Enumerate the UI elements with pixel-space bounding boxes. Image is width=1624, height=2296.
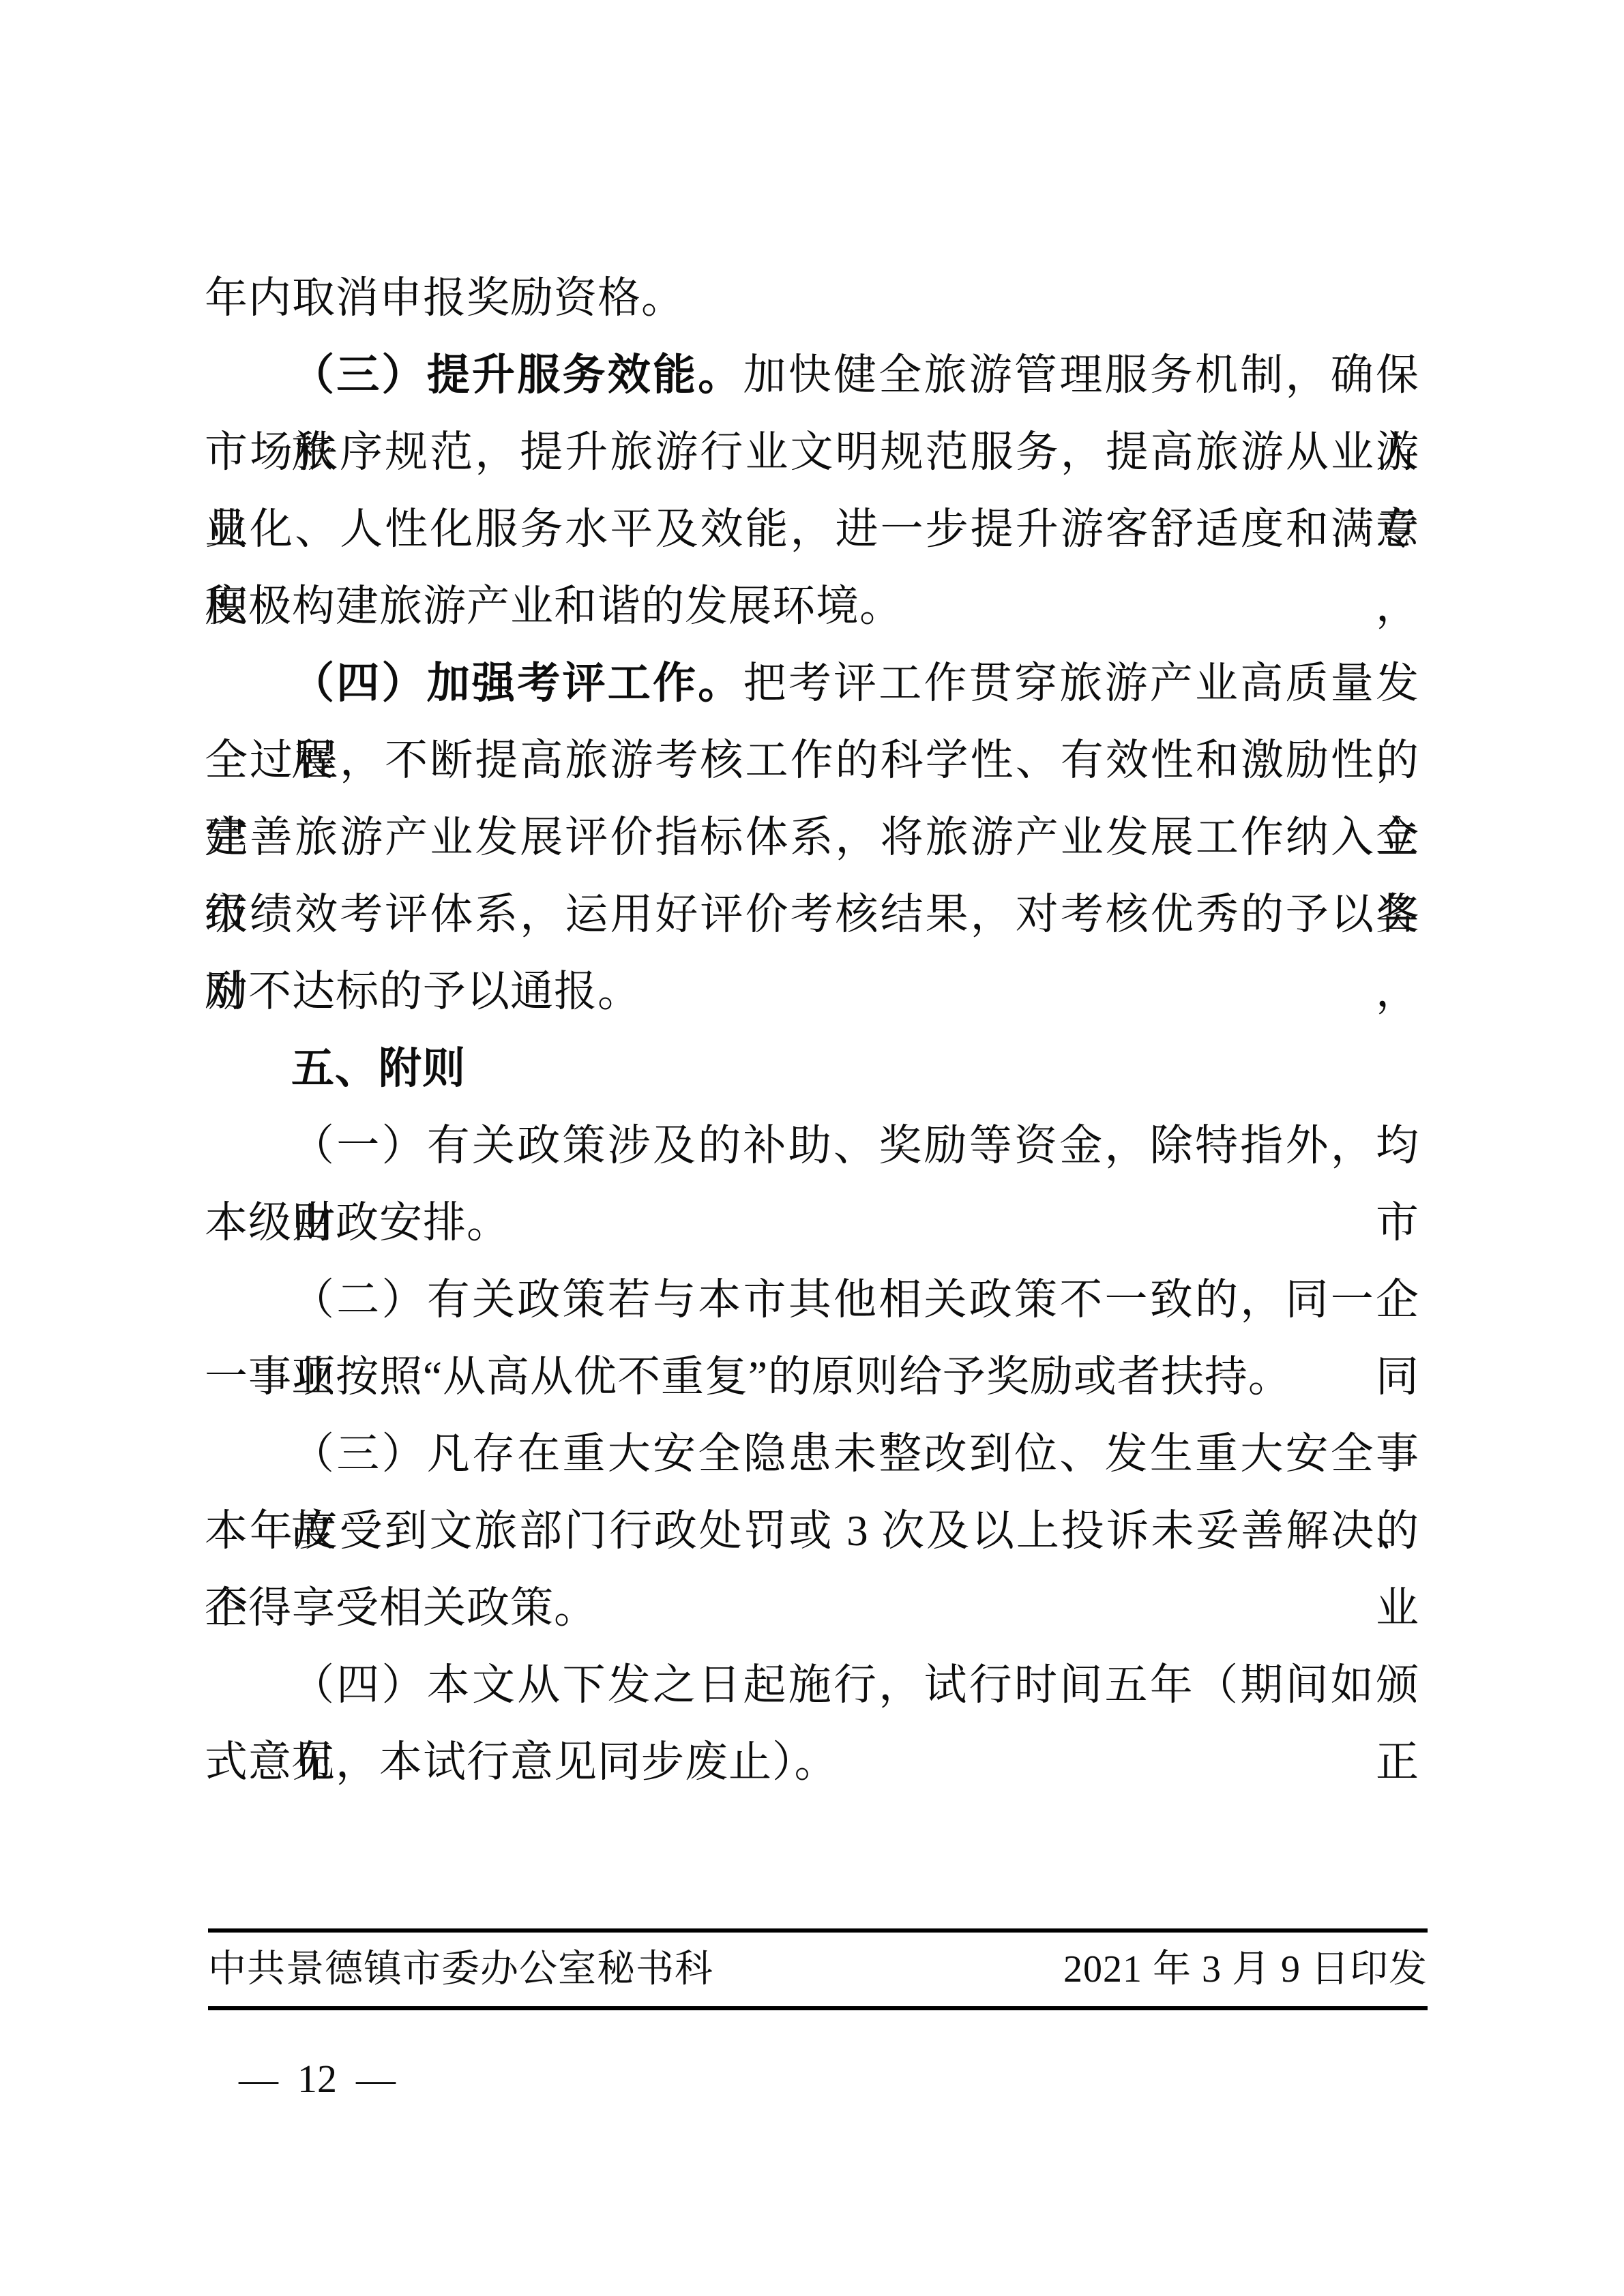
paragraph-lead: （三）提升服务效能。 [291,351,743,399]
body-line-text: 对不达标的予以通报。 [205,968,641,1015]
body-line-text: 式意见，本试行意见同步废止）。 [205,1738,838,1786]
body-line: 一事项按照“从高从优不重复”的原则给予奖励或者扶持。 [205,1339,1419,1416]
footer-rule-bottom [208,2006,1428,2010]
body-line: 本年度受到文旅部门行政处罚或 3 次及以上投诉未妥善解决的企业 [205,1493,1419,1570]
page-number-right-dash: — [356,2056,396,2102]
body-line: 完善旅游产业发展评价指标体系，将旅游产业发展工作纳入全市各 [205,799,1419,876]
section-heading: 五、附则 [291,1045,466,1092]
body-line-text: 不得享受相关政策。 [205,1584,597,1632]
page-number-value: 12 [297,2056,337,2102]
body-line-text: 本级财政安排。 [205,1199,510,1247]
body-line: 级绩效考评体系，运用好评价考核结果，对考核优秀的予以奖励， [205,876,1419,953]
footer-print-date: 2021 年 3 月 9 日印发 [1063,1933,1428,2006]
page-number-left-dash: — [239,2056,278,2102]
document-body: 年内取消申报奖励资格。 （三）提升服务效能。加快健全旅游管理服务机制，确保旅游 … [205,260,1419,1801]
body-line-text: 一事项按照“从高从优不重复”的原则给予奖励或者扶持。 [205,1353,1292,1401]
document-page: 年内取消申报奖励资格。 （三）提升服务效能。加快健全旅游管理服务机制，确保旅游 … [0,0,1624,2296]
body-line: （一）有关政策涉及的补助、奖励等资金，除特指外，均由市 [205,1107,1419,1184]
page-number: — 12 — [239,2053,396,2104]
body-line: （四）本文从下发之日起施行，试行时间五年（期间如颁布正 [205,1647,1419,1724]
paragraph-lead: （四）加强考评工作。 [291,659,743,707]
footer-row: 中共景德镇市委办公室秘书科 2021 年 3 月 9 日印发 [208,1933,1428,2006]
body-line-text: 积极构建旅游产业和谐的发展环境。 [205,582,903,630]
body-line: （四）加强考评工作。把考评工作贯穿旅游产业高质量发展的 [205,645,1419,722]
body-line: 市场秩序规范，提升旅游行业文明规范服务，提高旅游从业人员专 [205,414,1419,491]
body-line: 五、附则 [205,1030,1419,1107]
body-line: 全过程，不断提高旅游考核工作的科学性、有效性和激励性，建立 [205,722,1419,799]
body-line: （三）提升服务效能。加快健全旅游管理服务机制，确保旅游 [205,337,1419,414]
body-line: （三）凡存在重大安全隐患未整改到位、发生重大安全事故、 [205,1416,1419,1493]
body-line-text: 年内取消申报奖励资格。 [205,274,685,322]
body-line: 业化、人性化服务水平及效能，进一步提升游客舒适度和满意度， [205,491,1419,568]
footer-issuer: 中共景德镇市委办公室秘书科 [208,1933,713,2006]
body-line: 年内取消申报奖励资格。 [205,260,1419,337]
body-line: （二）有关政策若与本市其他相关政策不一致的，同一企业同 [205,1262,1419,1339]
